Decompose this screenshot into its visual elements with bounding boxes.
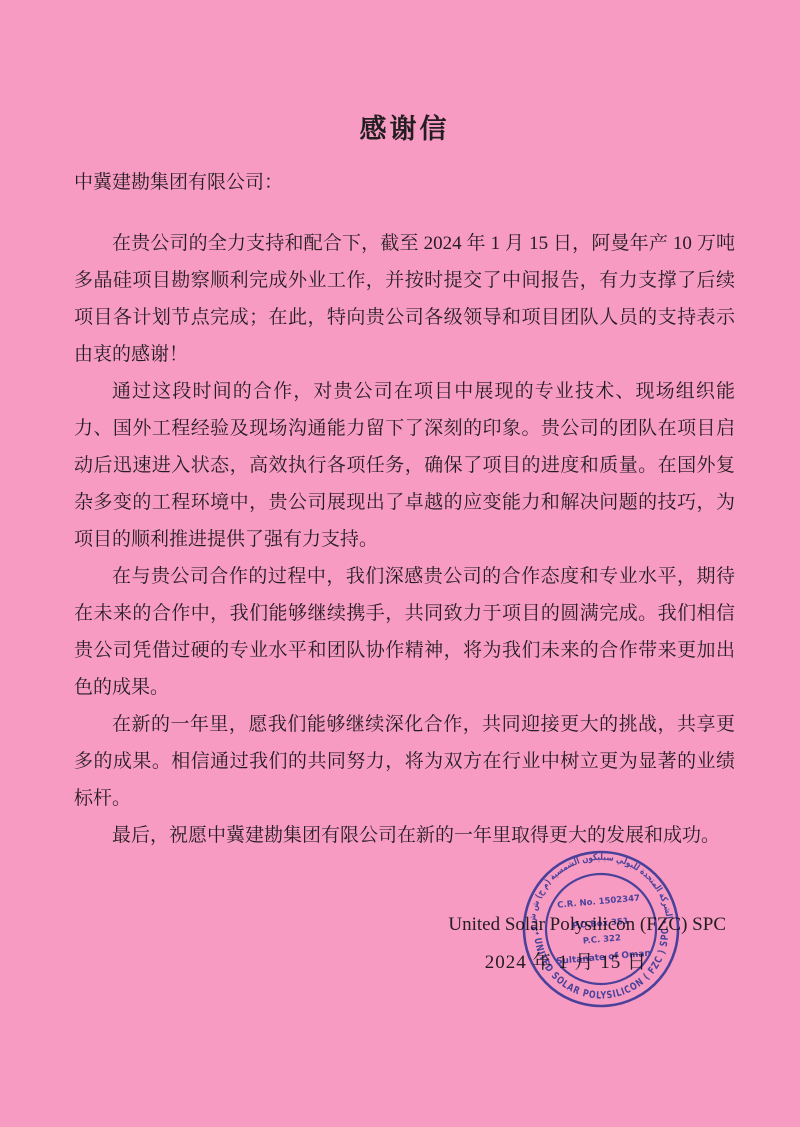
paragraph: 在与贵公司合作的过程中，我们深感贵公司的合作态度和专业水平，期待在未来的合作中，… [74,558,735,706]
paragraph: 最后，祝愿中冀建勘集团有限公司在新的一年里取得更大的发展和成功。 [74,817,735,854]
letter-title: 感谢信 [74,112,735,146]
paragraph: 通过这段时间的合作，对贵公司在项目中展现的专业技术、现场组织能力、国外工程经验及… [74,373,735,558]
letter-page: 感谢信 中冀建勘集团有限公司： 在贵公司的全力支持和配合下，截至 2024 年 … [0,0,800,1127]
signature-date: 2024 年 1 月 15 日 [74,944,735,982]
letter-body: 在贵公司的全力支持和配合下，截至 2024 年 1 月 15 日，阿曼年产 10… [74,225,735,854]
salutation: 中冀建勘集团有限公司： [74,169,735,197]
paragraph: 在贵公司的全力支持和配合下，截至 2024 年 1 月 15 日，阿曼年产 10… [74,225,735,373]
signature-block: United Solar Polysilicon (FZC) SPC 2024 … [74,906,735,982]
letter-content: 感谢信 中冀建勘集团有限公司： 在贵公司的全力支持和配合下，截至 2024 年 … [74,0,735,982]
signature-company-name: United Solar Polysilicon (FZC) SPC [74,906,735,944]
paragraph: 在新的一年里，愿我们能够继续深化合作，共同迎接更大的挑战，共享更多的成果。相信通… [74,706,735,817]
